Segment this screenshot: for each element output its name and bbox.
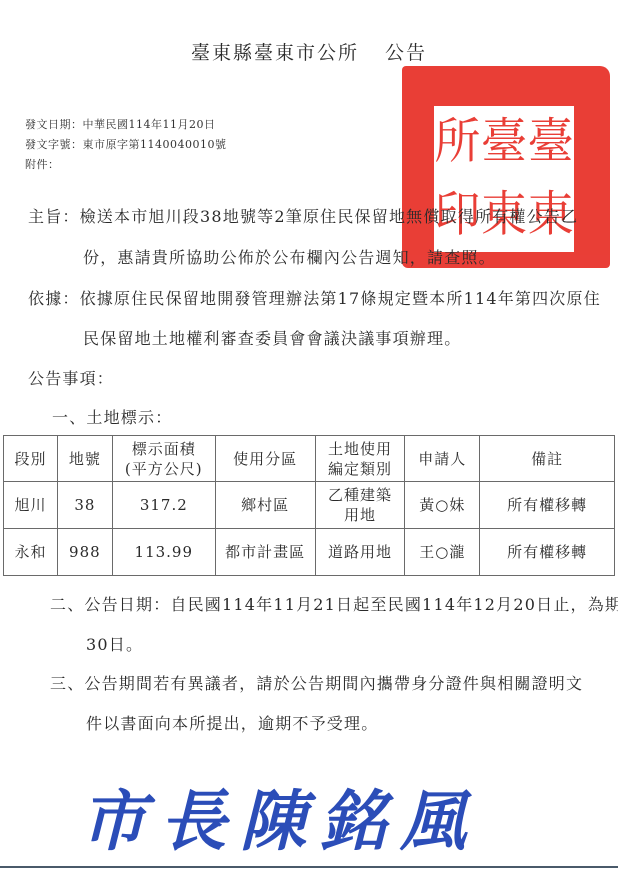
subject-text-2: 份，惠請貴所協助公佈於公布欄內公告週知，請查照。 xyxy=(83,245,496,268)
col-header-note: 備註 xyxy=(480,436,615,482)
cell-note: 所有權移轉 xyxy=(480,529,615,576)
subject-text-1: 檢送本市旭川段38地號等2筆原住民保留地無償取得所有權公告乙 xyxy=(80,207,579,226)
official-seal: 所 臺 臺 印 東 東 xyxy=(402,66,610,268)
notice-date-line-1: 二、公告日期：自民國114年11月21日起至民國114年12月20日止，為期 xyxy=(50,592,618,615)
basis-text-2: 民保留地土地權利審查委員會會議決議事項辦理。 xyxy=(83,326,461,349)
col-header-area: 標示面積(平方公尺) xyxy=(112,436,215,482)
issue-number-line: 發文字號：東市原字第1140040010號 xyxy=(25,136,227,152)
document-title: 臺東縣臺東市公所公告 xyxy=(0,38,618,65)
objection-line-1: 三、公告期間若有異議者，請於公告期間內攜帶身分證件與相關證明文 xyxy=(50,671,583,694)
cell-area: 317.2 xyxy=(112,482,215,529)
page-bottom-edge xyxy=(0,866,618,868)
mayor-signature: 市長陳銘風 xyxy=(80,768,480,863)
cell-lot: 988 xyxy=(57,529,112,576)
issue-date-line: 發文日期：中華民國114年11月20日 xyxy=(25,116,216,132)
cell-zone: 鄉村區 xyxy=(215,482,315,529)
doc-type: 公告 xyxy=(385,42,427,64)
objection-line-2: 件以書面向本所提出，逾期不予受理。 xyxy=(86,711,378,734)
basis-line-1: 依據：依據原住民保留地開發管理辦法第17條規定暨本所114年第四次原住 xyxy=(28,286,601,309)
land-table: 段別 地號 標示面積(平方公尺) 使用分區 土地使用編定類別 申請人 備註 旭川… xyxy=(3,435,615,576)
basis-text-1: 依據原住民保留地開發管理辦法第17條規定暨本所114年第四次原住 xyxy=(80,289,601,308)
seal-inner-field: 所 臺 臺 印 東 東 xyxy=(434,106,574,252)
table-row: 旭川 38 317.2 鄉村區 乙種建築用地 黃○妹 所有權移轉 xyxy=(4,482,615,529)
attachment-label: 附件： xyxy=(25,156,60,172)
cell-land-use: 道路用地 xyxy=(315,529,405,576)
notice-heading: 公告事項： xyxy=(28,366,114,389)
issue-number-value: 東市原字第1140040010號 xyxy=(83,138,227,151)
subject-line-1: 主旨：檢送本市旭川段38地號等2筆原住民保留地無償取得所有權公告乙 xyxy=(28,204,578,227)
land-label-heading: 一、土地標示： xyxy=(52,405,172,428)
basis-label: 依據： xyxy=(28,289,80,308)
cell-lot: 38 xyxy=(57,482,112,529)
table-row: 永和 988 113.99 都市計畫區 道路用地 王○瀧 所有權移轉 xyxy=(4,529,615,576)
cell-section: 旭川 xyxy=(4,482,58,529)
cell-applicant: 黃○妹 xyxy=(405,482,480,529)
col-header-applicant: 申請人 xyxy=(405,436,480,482)
col-header-section: 段別 xyxy=(4,436,58,482)
issue-date-label: 發文日期： xyxy=(25,118,83,131)
cell-applicant: 王○瀧 xyxy=(405,529,480,576)
issue-number-label: 發文字號： xyxy=(25,138,83,151)
cell-area: 113.99 xyxy=(112,529,215,576)
table-header-row: 段別 地號 標示面積(平方公尺) 使用分區 土地使用編定類別 申請人 備註 xyxy=(4,436,615,482)
col-header-zone: 使用分區 xyxy=(215,436,315,482)
col-header-lot: 地號 xyxy=(57,436,112,482)
agency-name: 臺東縣臺東市公所 xyxy=(191,42,359,64)
seal-char: 臺 xyxy=(481,104,528,181)
seal-char: 臺 xyxy=(527,104,574,181)
seal-char: 所 xyxy=(434,104,481,181)
col-header-land-use: 土地使用編定類別 xyxy=(315,436,405,482)
cell-note: 所有權移轉 xyxy=(480,482,615,529)
subject-label: 主旨： xyxy=(28,207,80,226)
cell-land-use: 乙種建築用地 xyxy=(315,482,405,529)
issue-date-value: 中華民國114年11月20日 xyxy=(83,118,216,131)
cell-section: 永和 xyxy=(4,529,58,576)
cell-zone: 都市計畫區 xyxy=(215,529,315,576)
notice-date-line-2: 30日。 xyxy=(86,632,143,655)
